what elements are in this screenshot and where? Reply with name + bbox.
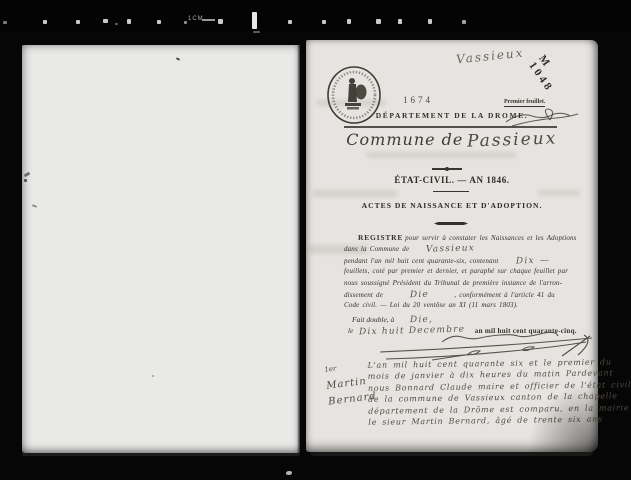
- left-page-blank: [22, 45, 300, 453]
- film-frame-mark: [43, 20, 47, 24]
- film-frame-mark: [428, 19, 432, 24]
- hand-insert-feuillets-count: Dix —: [515, 255, 549, 266]
- registre-paragraph: REGISTREpour servir à constater les Nais…: [344, 233, 564, 313]
- registre-line: nous soussigné Président du Tribunal de …: [344, 279, 564, 290]
- right-page: Vassieux M 1048 1674 Premier feuillet. D…: [306, 40, 598, 452]
- header-rule: [344, 126, 557, 128]
- hand-insert-arrondissement: Die: [410, 290, 429, 300]
- film-frame-mark: [347, 19, 351, 24]
- dust-speck: [24, 172, 31, 178]
- film-frame-mark: [462, 20, 466, 24]
- dust-speck: [32, 204, 37, 208]
- page-bottom-edge: [310, 452, 593, 456]
- etat-civil-heading: ÉTAT-CIVIL. — AN 1846.: [336, 175, 568, 185]
- date-printed-le: le: [348, 327, 353, 335]
- act-entry-number: 1er: [324, 364, 337, 373]
- ornament-divider: [432, 168, 462, 170]
- film-strip: 1CM: [0, 0, 631, 32]
- fait-double-line: Fait double, à Die,: [352, 315, 433, 325]
- film-frame-mark: [76, 20, 80, 24]
- folio-number: 1674: [403, 95, 433, 105]
- dust-speck: [152, 375, 154, 377]
- registre-line: feuillets, coté par premier et dernier, …: [344, 267, 564, 278]
- film-frame-mark: [253, 31, 260, 33]
- registre-text: dissement de: [344, 291, 383, 299]
- archival-note: Vassieux: [455, 45, 525, 66]
- ruler-dash: [202, 19, 215, 21]
- registre-line: REGISTREpour servir à constater les Nais…: [344, 233, 564, 244]
- film-frame-mark: [103, 19, 108, 23]
- ink-bleedthrough: [538, 190, 580, 196]
- registre-lead-word: REGISTRE: [358, 233, 403, 242]
- film-frame-mark: [115, 23, 118, 25]
- commune-name-handwritten: Passieux: [467, 128, 558, 151]
- film-frame-mark: [3, 21, 7, 24]
- film-frame-mark: [376, 19, 381, 24]
- registre-line: Code civil. — Loi du 20 ventôse an XI (1…: [344, 301, 564, 312]
- film-frame-mark: [322, 20, 326, 24]
- registre-text: pour servir à constater les Naissances e…: [405, 234, 576, 242]
- fait-double-printed: Fait double, à: [352, 315, 394, 324]
- registre-line: dans la Commune de Vassieux: [344, 244, 564, 255]
- ink-bleedthrough: [312, 190, 397, 197]
- hand-insert-place: Die,: [410, 315, 433, 326]
- dust-speck: [286, 471, 292, 475]
- dust-speck: [176, 57, 180, 61]
- act-text: L'an mil huit cent quarante six et le pr…: [368, 357, 631, 429]
- registre-text: , conformément à l'article 41 du: [454, 291, 555, 299]
- film-frame-mark: [252, 12, 257, 29]
- ink-bleedthrough: [366, 152, 516, 158]
- registre-line: pendant l'an mil huit cent quarante-six,…: [344, 256, 564, 267]
- act-line: le sieur Martin Bernard, âgé de trente s…: [368, 414, 631, 429]
- department-heading: DÉPARTEMENT DE LA DROME.: [336, 111, 568, 120]
- tapered-divider: [434, 222, 468, 225]
- film-frame-mark: [288, 20, 292, 24]
- film-frame-mark: [398, 19, 402, 24]
- registre-text: dans la Commune de: [344, 245, 409, 253]
- page-bottom-edge: [22, 453, 300, 456]
- hand-insert-commune: Vassieux: [426, 244, 475, 255]
- registre-line: dissement de Die , conformément à l'arti…: [344, 290, 564, 301]
- registre-text: pendant l'an mil huit cent quarante-six,…: [344, 257, 498, 265]
- act-margin-name: Martin: [326, 376, 368, 392]
- film-frame-mark: [157, 20, 161, 24]
- film-frame-mark: [218, 19, 223, 24]
- commune-line: Commune de Passieux: [326, 130, 578, 150]
- actes-heading: ACTES DE NAISSANCE ET D'ADOPTION.: [336, 201, 568, 210]
- dust-speck: [24, 179, 27, 182]
- film-frame-mark: [184, 21, 187, 24]
- film-frame-mark: [127, 19, 131, 24]
- microfilm-scan-frame: 1CM: [0, 0, 631, 480]
- heading-underline: [433, 191, 469, 192]
- commune-prefix-printed: Commune de: [346, 130, 463, 149]
